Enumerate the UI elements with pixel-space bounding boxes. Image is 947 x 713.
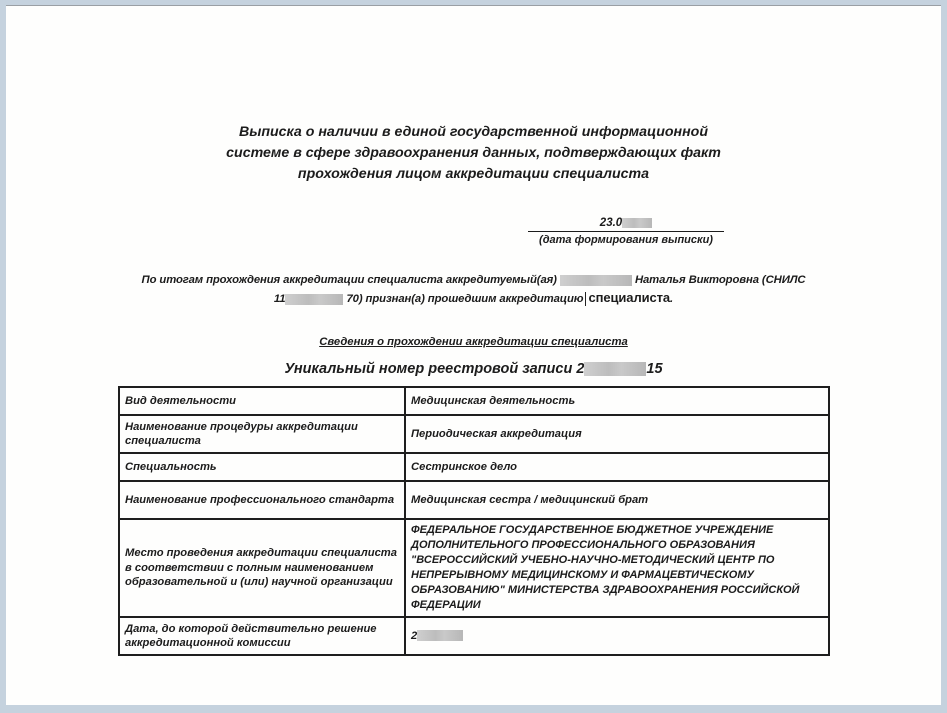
row-label: Вид деятельности [119, 387, 405, 415]
title-line: прохождения лицом аккредитации специалис… [6, 164, 941, 185]
registry-number-start: 2 [576, 361, 584, 377]
intro-end: . [670, 293, 673, 305]
intro-line-1: По итогам прохождения аккредитации специ… [6, 271, 941, 289]
intro-paragraph: По итогам прохождения аккредитации специ… [6, 271, 941, 308]
row-value: Сестринское дело [405, 453, 829, 481]
table-row: Вид деятельности Медицинская деятельност… [119, 387, 829, 415]
row-label: Специальность [119, 453, 405, 481]
row-value: Медицинская сестра / медицинский брат [405, 481, 829, 519]
formation-date-caption: (дата формирования выписки) [528, 233, 724, 248]
intro-line-2: 11 70) признан(а) прошедшим аккредитацию… [6, 289, 941, 308]
document-page: Выписка о наличии в единой государственн… [6, 5, 941, 705]
registry-number: Уникальный номер реестровой записи 215 [6, 361, 941, 377]
title-line: системе в сфере здравоохранения данных, … [6, 143, 941, 164]
formation-date: 23.0 [528, 216, 724, 232]
formation-date-block: 23.0 (дата формирования выписки) [528, 216, 724, 248]
intro-text: 70) признан(а) прошедшим аккредитацию [346, 293, 583, 305]
intro-tail: специалиста [589, 290, 671, 305]
redacted-snils [285, 294, 343, 305]
registry-number-end: 15 [646, 361, 662, 377]
formation-date-value: 23.0 [600, 217, 622, 229]
section-heading: Сведения о прохождении аккредитации спец… [6, 336, 941, 348]
table-row: Специальность Сестринское дело [119, 453, 829, 481]
row-value: ФЕДЕРАЛЬНОЕ ГОСУДАРСТВЕННОЕ БЮДЖЕТНОЕ УЧ… [405, 519, 829, 617]
redacted-date [417, 630, 463, 641]
row-label: Место проведения аккредитации специалист… [119, 519, 405, 617]
table-row: Дата, до которой действительно решение а… [119, 617, 829, 655]
redacted-area [622, 218, 652, 228]
document-title: Выписка о наличии в единой государственн… [6, 122, 941, 185]
intro-name: Наталья Викторовна (СНИЛС [635, 274, 806, 286]
row-value: Периодическая аккредитация [405, 415, 829, 453]
intro-text: По итогам прохождения аккредитации специ… [142, 274, 557, 286]
table-row: Наименование процедуры аккредитации спец… [119, 415, 829, 453]
table-row: Наименование профессионального стандарта… [119, 481, 829, 519]
registry-label: Уникальный номер реестровой записи [284, 361, 572, 377]
snils-start: 11 [274, 293, 286, 305]
text-cursor-icon [585, 292, 586, 306]
row-value-date: 2 [405, 617, 829, 655]
title-line: Выписка о наличии в единой государственн… [6, 122, 941, 143]
table-row: Место проведения аккредитации специалист… [119, 519, 829, 617]
redacted-surname [560, 275, 632, 286]
row-label: Наименование процедуры аккредитации спец… [119, 415, 405, 453]
row-label: Наименование профессионального стандарта [119, 481, 405, 519]
redacted-registry-number [584, 362, 646, 376]
row-label: Дата, до которой действительно решение а… [119, 617, 405, 655]
accreditation-table: Вид деятельности Медицинская деятельност… [118, 386, 830, 656]
row-value: Медицинская деятельность [405, 387, 829, 415]
